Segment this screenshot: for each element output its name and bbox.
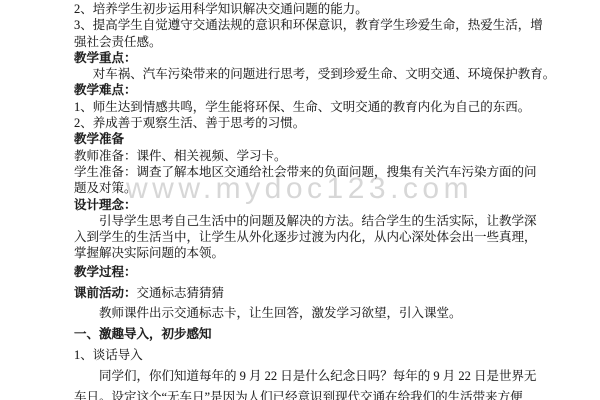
heading-design-concept: 设计理念： [74, 197, 556, 213]
para-difficulty-2: 2、养成善于观察生活、善于思考的习惯。 [74, 115, 556, 131]
heading-teaching-preparation: 教学准备 [74, 131, 556, 147]
para-objective-2: 2、培养学生初步运用科学知识解决交通问题的能力。 [74, 1, 556, 17]
para-pre-class-activity-desc: 教师课件出示交通标志卡，让生回答，激发学习欲望，引入课堂。 [74, 303, 556, 324]
para-intro-dialogue: 同学们，你们知道每年的 9 月 22 日是什么纪念日吗？每年的 9 月 22 日… [74, 366, 556, 400]
heading-section-one: 一、激趣导入，初步感知 [74, 324, 556, 345]
document-page: www.mydoc123.com 2、培养学生初步运用科学知识解决交通问题的能力… [0, 0, 600, 400]
para-pre-class-activity: 课前活动：交通标志猜猜猜 [74, 283, 556, 304]
heading-teaching-difficulties: 教学难点： [74, 82, 556, 98]
para-key-points: 对车祸、汽车污染带来的问题进行思考，受到珍爱生命、文明交通、环境保护教育。 [74, 66, 556, 82]
para-student-preparation: 学生准备：调查了解本地区交通给社会带来的负面问题，搜集有关汽车污染方面的问题及对… [74, 164, 556, 197]
heading-teaching-key-points: 教学重点： [74, 50, 556, 66]
para-talk-intro: 1、谈话导入 [74, 345, 556, 366]
para-design-concept: 引导学生思考自己生活中的问题及解决的方法。结合学生的生活实际，让教学深入到学生的… [74, 213, 556, 262]
heading-teaching-process: 教学过程： [74, 262, 556, 283]
document-body: 2、培养学生初步运用科学知识解决交通问题的能力。3、提高学生自觉遵守交通法规的意… [74, 1, 556, 400]
paragraph-label: 课前活动： [74, 286, 137, 300]
para-objective-3: 3、提高学生自觉遵守交通法规的意识和环保意识，教育学生珍爱生命，热爱生活，增强社… [74, 17, 556, 50]
para-difficulty-1: 1、师生达到情感共鸣，学生能将环保、生命、文明交通的教育内化为自己的东西。 [74, 99, 556, 115]
para-teacher-preparation: 教师准备：课件、相关视频、学习卡。 [74, 148, 556, 164]
